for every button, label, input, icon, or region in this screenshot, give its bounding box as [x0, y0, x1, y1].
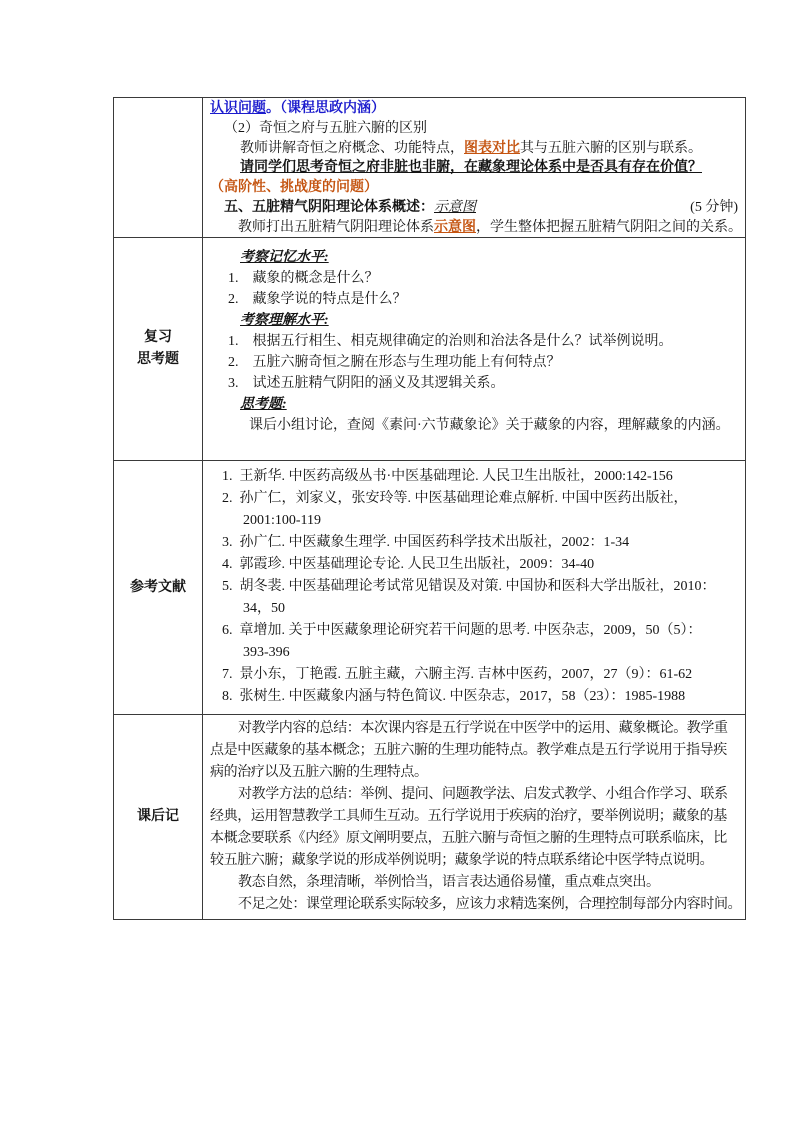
- row-label: 课后记: [137, 806, 179, 828]
- text-line: 3. 孙广仁. 中医藏象生理学. 中国医药科学技术出版社，2002：1-34: [210, 532, 741, 554]
- text-line: 较五脏六腑；藏象学说的形成举例说明；藏象学说的特点联系绪论中医学特点说明。: [210, 850, 741, 872]
- row-label-cell: [114, 98, 203, 237]
- text-segment: 8. 张树生. 中医藏象内涵与特色简议. 中医杂志，2017，58（23）：19…: [222, 689, 685, 704]
- text-segment: 考察记忆水平:: [240, 250, 329, 265]
- row-content-cell: 对教学内容的总结：本次课内容是五行学说在中医学中的运用、藏象概论。教学重点是中医…: [203, 715, 745, 919]
- text-segment: 5. 胡冬裴. 中医基础理论考试常见错误及对策. 中国协和医科大学出版社，201…: [222, 579, 716, 594]
- text-segment: 。（课程思政内涵）: [266, 101, 385, 116]
- text-segment: 其与五脏六腑的区别与联系。: [520, 141, 702, 156]
- text-segment: 34，50: [243, 601, 285, 616]
- text-line: 2. 孙广仁，刘家义，张安玲等. 中医基础理论难点解析. 中国中医药出版社，: [210, 488, 741, 510]
- text-segment: 认识问题: [210, 101, 266, 116]
- text-segment: 请同学们思考奇恒之府非脏也非腑，在藏象理论体系中是否具有存在价值？: [240, 160, 702, 175]
- text-segment: （2）奇恒之府与五脏六腑的区别: [224, 121, 427, 136]
- text-line: 不足之处：课堂理论联系实际较多，应该力求精选案例，合理控制每部分内容时间。: [210, 894, 741, 916]
- text-line: 4. 郭霞珍. 中医基础理论专论. 人民卫生出版社，2009：34-40: [210, 554, 741, 576]
- text-line: 五、五脏精气阴阳理论体系概述：示意图(5 分钟): [210, 198, 741, 218]
- text-segment: 3. 试述五脏精气阴阳的涵义及其逻辑关系。: [228, 376, 505, 391]
- text-segment: 五、五脏精气阴阳理论体系概述：: [224, 200, 434, 215]
- text-line: 2. 五脏六腑奇恒之腑在形态与生理功能上有何特点？: [210, 352, 741, 373]
- table-row-review-questions: 复习思考题 考察记忆水平:1. 藏象的概念是什么？2. 藏象学说的特点是什么？考…: [114, 238, 745, 461]
- text-segment: 教态自然，条理清晰，举例恰当，语言表达通俗易懂，重点难点突出。: [238, 875, 660, 890]
- text-segment: 6. 章增加. 关于中医藏象理论研究若干问题的思考. 中医杂志，2009，50（…: [222, 623, 702, 638]
- text-segment: ，学生整体把握五脏精气阴阳之间的关系。: [476, 220, 742, 235]
- text-segment: 示意图: [434, 220, 476, 235]
- text-line: 2001:100-119: [210, 510, 741, 532]
- text-line: 8. 张树生. 中医藏象内涵与特色简议. 中医杂志，2017，58（23）：19…: [210, 686, 741, 708]
- text-line: 考察记忆水平:: [210, 247, 741, 268]
- text-line: 7. 景小东，丁艳霞. 五脏主藏，六腑主泻. 吉林中医药，2007，27（9）：…: [210, 664, 741, 686]
- text-segment: 7. 景小东，丁艳霞. 五脏主藏，六腑主泻. 吉林中医药，2007，27（9）：…: [222, 667, 692, 682]
- text-line: （2）奇恒之府与五脏六腑的区别: [210, 119, 741, 139]
- text-segment: （高阶性、挑战度的问题）: [210, 180, 378, 195]
- text-line: 点是中医藏象的基本概念；五脏六腑的生理功能特点。教学难点是五行学说用于指导疾: [210, 740, 741, 762]
- text-segment: 图表对比: [464, 141, 520, 156]
- row-label: 思考题: [137, 349, 179, 371]
- text-segment: 教师打出五脏精气阴阳理论体系: [238, 220, 434, 235]
- text-segment: 对教学方法的总结：举例、提问、问题教学法、启发式教学、小组合作学习、联系: [238, 787, 728, 802]
- row-content-cell: 考察记忆水平:1. 藏象的概念是什么？2. 藏象学说的特点是什么？考察理解水平:…: [203, 238, 745, 460]
- text-segment: 1. 根据五行相生、相克规律确定的治则和治法各是什么？试举例说明。: [228, 334, 673, 349]
- text-line: 思考题:: [210, 394, 741, 415]
- text-line: 5. 胡冬裴. 中医基础理论考试常见错误及对策. 中国协和医科大学出版社，201…: [210, 576, 741, 598]
- text-segment: 1. 藏象的概念是什么？: [228, 271, 379, 286]
- text-segment: 经典，运用智慧教学工具师生互动。五行学说用于疾病的治疗，要举例说明；藏象的基: [210, 809, 727, 824]
- text-segment: 病的治疗以及五脏六腑的生理特点。: [210, 765, 428, 780]
- text-line: 考察理解水平:: [210, 310, 741, 331]
- text-segment: 4. 郭霞珍. 中医基础理论专论. 人民卫生出版社，2009：34-40: [222, 557, 594, 572]
- row-label-cell: 参考文献: [114, 461, 203, 714]
- text-line: （高阶性、挑战度的问题）: [210, 178, 741, 198]
- text-line: 病的治疗以及五脏六腑的生理特点。: [210, 762, 741, 784]
- text-segment: 思考题:: [240, 397, 287, 412]
- document-page: 认识问题。（课程思政内涵）（2）奇恒之府与五脏六腑的区别教师讲解奇恒之府概念、功…: [0, 0, 794, 1123]
- row-content-cell: 1. 王新华. 中医药高级丛书·中医基础理论. 人民卫生出版社，2000:142…: [203, 461, 745, 714]
- table-row-references: 参考文献 1. 王新华. 中医药高级丛书·中医基础理论. 人民卫生出版社，200…: [114, 461, 745, 715]
- text-segment: 考察理解水平:: [240, 313, 329, 328]
- text-line: 请同学们思考奇恒之府非脏也非腑，在藏象理论体系中是否具有存在价值？: [210, 158, 741, 178]
- text-segment: 示意图: [434, 200, 476, 215]
- text-line: 1. 藏象的概念是什么？: [210, 268, 741, 289]
- table-row-teaching-process: 认识问题。（课程思政内涵）（2）奇恒之府与五脏六腑的区别教师讲解奇恒之府概念、功…: [114, 98, 745, 238]
- text-segment: 2. 孙广仁，刘家义，张安玲等. 中医基础理论难点解析. 中国中医药出版社，: [222, 491, 688, 506]
- text-segment: 对教学内容的总结：本次课内容是五行学说在中医学中的运用、藏象概论。教学重: [238, 721, 728, 736]
- text-line: 393-396: [210, 642, 741, 664]
- text-line: 1. 根据五行相生、相克规律确定的治则和治法各是什么？试举例说明。: [210, 331, 741, 352]
- duration-note: (5 分钟): [690, 198, 738, 218]
- row-content-cell: 认识问题。（课程思政内涵）（2）奇恒之府与五脏六腑的区别教师讲解奇恒之府概念、功…: [203, 98, 745, 237]
- text-line: 认识问题。（课程思政内涵）: [210, 99, 741, 119]
- text-line: 6. 章增加. 关于中医藏象理论研究若干问题的思考. 中医杂志，2009，50（…: [210, 620, 741, 642]
- text-line: 2. 藏象学说的特点是什么？: [210, 289, 741, 310]
- text-line: 本概念要联系《内经》原文阐明要点，五脏六腑与奇恒之腑的生理特点可联系临床，比: [210, 828, 741, 850]
- text-segment: 393-396: [243, 645, 290, 660]
- row-label-cell: 复习思考题: [114, 238, 203, 460]
- text-line: 经典，运用智慧教学工具师生互动。五行学说用于疾病的治疗，要举例说明；藏象的基: [210, 806, 741, 828]
- row-label: 参考文献: [130, 577, 186, 599]
- row-label-cell: 课后记: [114, 715, 203, 919]
- text-line: 课后小组讨论，查阅《素问·六节藏象论》关于藏象的内容，理解藏象的内涵。: [210, 415, 741, 436]
- row-label: 复习: [144, 327, 172, 349]
- text-segment: 1. 王新华. 中医药高级丛书·中医基础理论. 人民卫生出版社，2000:142…: [222, 469, 673, 484]
- text-segment: 点是中医藏象的基本概念；五脏六腑的生理功能特点。教学难点是五行学说用于指导疾: [210, 743, 727, 758]
- text-segment: 3. 孙广仁. 中医藏象生理学. 中国医药科学技术出版社，2002：1-34: [222, 535, 629, 550]
- text-segment: 2. 五脏六腑奇恒之腑在形态与生理功能上有何特点？: [228, 355, 561, 370]
- text-line: 3. 试述五脏精气阴阳的涵义及其逻辑关系。: [210, 373, 741, 394]
- text-line: 教态自然，条理清晰，举例恰当，语言表达通俗易懂，重点难点突出。: [210, 872, 741, 894]
- text-line: 对教学内容的总结：本次课内容是五行学说在中医学中的运用、藏象概论。教学重: [210, 718, 741, 740]
- text-line: 34，50: [210, 598, 741, 620]
- text-line: 对教学方法的总结：举例、提问、问题教学法、启发式教学、小组合作学习、联系: [210, 784, 741, 806]
- text-segment: 不足之处：课堂理论联系实际较多，应该力求精选案例，合理控制每部分内容时间。: [238, 897, 741, 912]
- text-segment: 课后小组讨论，查阅《素问·六节藏象论》关于藏象的内容，理解藏象的内涵。: [249, 418, 730, 433]
- lesson-plan-table: 认识问题。（课程思政内涵）（2）奇恒之府与五脏六腑的区别教师讲解奇恒之府概念、功…: [113, 97, 746, 920]
- text-segment: 较五脏六腑；藏象学说的形成举例说明；藏象学说的特点联系绪论中医学特点说明。: [210, 853, 713, 868]
- text-segment: 2001:100-119: [243, 513, 321, 528]
- text-line: 教师打出五脏精气阴阳理论体系示意图，学生整体把握五脏精气阴阳之间的关系。: [210, 218, 741, 237]
- text-segment: 本概念要联系《内经》原文阐明要点，五脏六腑与奇恒之腑的生理特点可联系临床，比: [210, 831, 727, 846]
- text-segment: 2. 藏象学说的特点是什么？: [228, 292, 407, 307]
- text-line: 1. 王新华. 中医药高级丛书·中医基础理论. 人民卫生出版社，2000:142…: [210, 466, 741, 488]
- table-row-after-class-notes: 课后记 对教学内容的总结：本次课内容是五行学说在中医学中的运用、藏象概论。教学重…: [114, 715, 745, 919]
- text-line: 教师讲解奇恒之府概念、功能特点，图表对比其与五脏六腑的区别与联系。: [210, 139, 741, 159]
- text-segment: 教师讲解奇恒之府概念、功能特点，: [240, 141, 464, 156]
